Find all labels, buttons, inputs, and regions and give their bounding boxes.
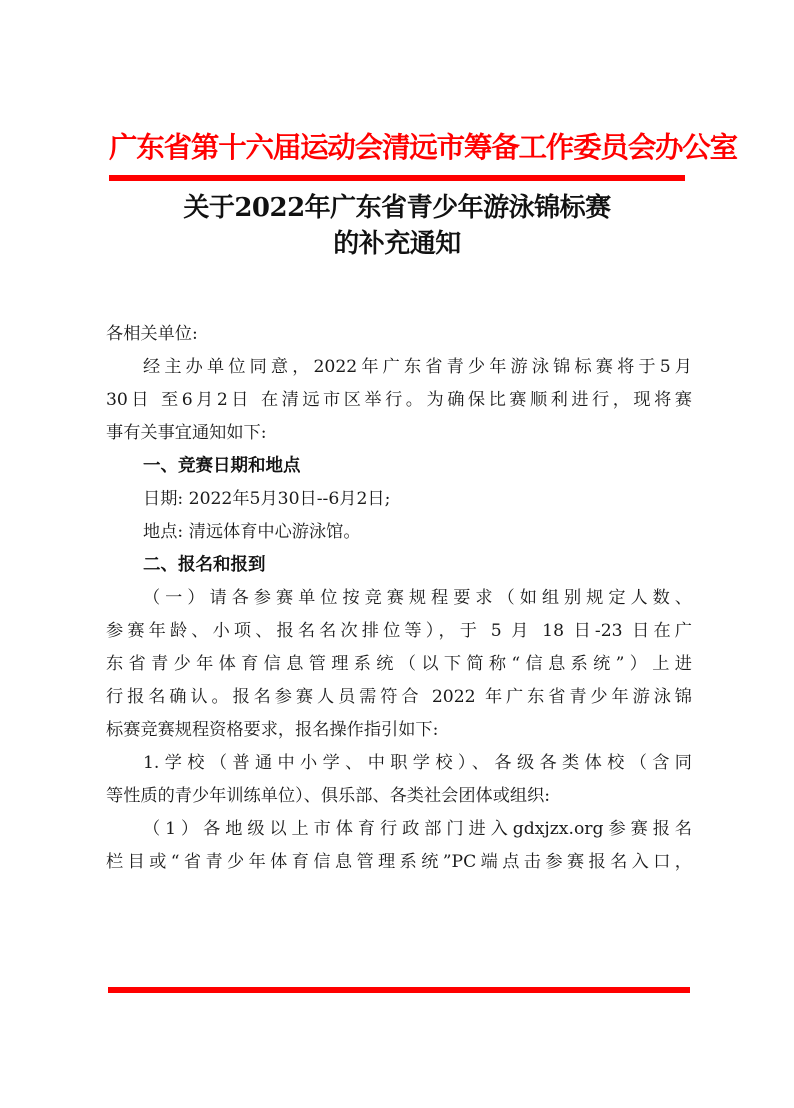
registration-line-1: （一）请各参赛单位按竞赛规程要求（如组别规定人数、 bbox=[106, 582, 692, 615]
competition-venue: 地点: 清远体育中心游泳馆。 bbox=[106, 516, 692, 549]
intro-line-2: 30日 至6月2日 在清远市区举行。为确保比赛顺利进行，现将赛 bbox=[106, 384, 692, 417]
registration-line-3: 东省青少年体育信息管理系统（以下简称“信息系统”）上进 bbox=[106, 648, 692, 681]
title-line-2: 的补充通知 bbox=[100, 226, 694, 262]
issuer-masthead: 广东省第十六届运动会清远市筹备工作委员会办公室 bbox=[109, 128, 685, 168]
section-heading-registration: 二、报名和报到 bbox=[106, 549, 692, 582]
salutation: 各相关单位: bbox=[106, 318, 692, 351]
item-1-line-1: 1.学校（普通中小学、中职学校）、各级各类体校（含同 bbox=[106, 747, 692, 780]
top-red-rule bbox=[109, 175, 685, 181]
registration-line-5: 标赛竞赛规程资格要求，报名操作指引如下: bbox=[106, 714, 692, 747]
registration-line-4: 行报名确认。报名参赛人员需符合 2022 年广东省青少年游泳锦 bbox=[106, 681, 692, 714]
intro-line-1: 经主办单位同意，2022年广东省青少年游泳锦标赛将于5月 bbox=[106, 351, 692, 384]
registration-line-2: 参赛年龄、小项、报名名次排位等），于 5 月 18 日-23 日在广 bbox=[106, 615, 692, 648]
intro-line-3: 事有关事宜通知如下: bbox=[106, 417, 692, 450]
item-1-line-2: 等性质的青少年训练单位）、俱乐部、各类社会团体或组织: bbox=[106, 780, 692, 813]
subitem-1-line-1: （1）各地级以上市体育行政部门进入gdxjzx.org参赛报名 bbox=[106, 813, 692, 846]
section-heading-date-venue: 一、竞赛日期和地点 bbox=[106, 450, 692, 483]
bottom-red-rule bbox=[108, 987, 690, 993]
subitem-1-line-2: 栏目或“省青少年体育信息管理系统”PC端点击参赛报名入口， bbox=[106, 846, 692, 879]
title-line-1: 关于2022年广东省青少年游泳锦标赛 bbox=[100, 190, 694, 226]
document-title: 关于2022年广东省青少年游泳锦标赛 的补充通知 bbox=[100, 190, 694, 262]
document-body: 各相关单位: 经主办单位同意，2022年广东省青少年游泳锦标赛将于5月 30日 … bbox=[106, 318, 692, 879]
competition-date: 日期: 2022年5月30日--6月2日; bbox=[106, 483, 692, 516]
